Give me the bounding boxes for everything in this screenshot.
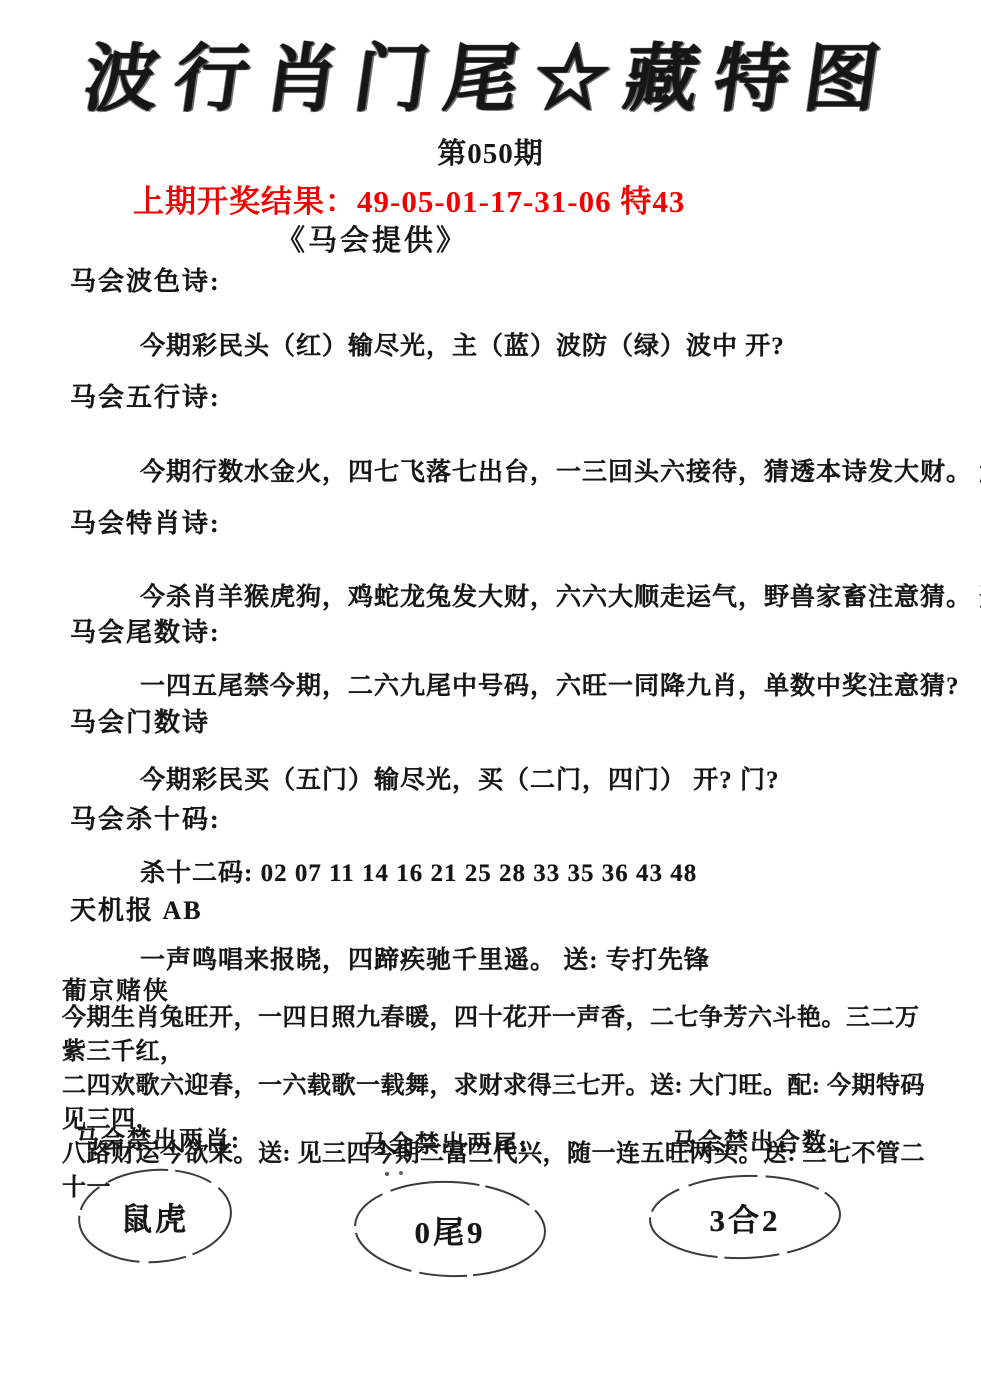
special-zodiac-poem-label: 马会特肖诗: [70, 503, 221, 540]
forbidden-two-tails-value: 0尾9 [415, 1207, 486, 1252]
killed-codes-list: 杀十二码: 02 07 11 14 16 21 25 28 33 35 36 4… [140, 853, 697, 889]
forbidden-sum-label: 马会禁出合数: [672, 1122, 838, 1157]
gate-number-poem-label: 马会门数诗 [70, 702, 210, 739]
last-draw-result: 上期开奖结果：49-05-01-17-31-06 特43 [133, 176, 685, 221]
page-title: 波行肖门尾☆藏特图 [0, 20, 981, 126]
tianji-report-label: 天机报 AB [70, 890, 203, 927]
five-elements-poem-verse: 今期行数水金火，四七飞落七出台，一三回头六接待，猜透本诗发大财。 解（?） [140, 452, 981, 488]
tail-number-poem-label: 马会尾数诗: [70, 612, 221, 649]
pujing-line-1: 今期生肖兔旺开，一四日照九春暖，四十花开一声香，二七争芳六斗艳。三二万紫三千红， [62, 1001, 942, 1069]
special-zodiac-poem-verse: 今杀肖羊猴虎狗，鸡蛇龙兔发大财，六六大顺走运气，野兽家畜注意猜。 开? [140, 577, 981, 613]
killed-codes-label: 马会杀十码: [70, 799, 221, 836]
provider-note: 《马会提供》 [276, 218, 468, 259]
five-elements-poem-label: 马会五行诗: [70, 377, 221, 414]
forbidden-two-zodiac-oval: 鼠虎 [75, 1166, 235, 1266]
wave-color-poem-label: 马会波色诗: [70, 261, 221, 298]
tip-sheet-page: 波行肖门尾☆藏特图 第050期 上期开奖结果：49-05-01-17-31-06… [0, 0, 981, 1388]
wave-color-poem-verse: 今期彩民头（红）输尽光，主（蓝）波防（绿）波中 开? [140, 326, 785, 362]
scan-speck-dots [385, 1172, 389, 1176]
forbidden-sum-value: 3合2 [710, 1195, 781, 1240]
tianji-report-verse: 一声鸣唱来报晓，四蹄疾驰千里遥。 送: 专打先锋 [140, 940, 710, 976]
tail-number-poem-verse: 一四五尾禁今期，二六九尾中号码，六旺一同降九肖，单数中奖注意猜? [140, 666, 960, 702]
gate-number-poem-verse: 今期彩民买（五门）输尽光，买（二门，四门） 开? 门? [140, 760, 780, 796]
forbidden-two-zodiac-value: 鼠虎 [121, 1194, 189, 1239]
forbidden-two-zodiac-label: 马会禁出两肖: [75, 1120, 241, 1155]
forbidden-two-tails-label: 马会禁出两尾: [363, 1124, 529, 1159]
forbidden-two-tails-oval: 0尾9 [350, 1178, 550, 1280]
forbidden-sum-oval: 3合2 [645, 1172, 845, 1262]
issue-number: 第050期 [0, 131, 981, 172]
